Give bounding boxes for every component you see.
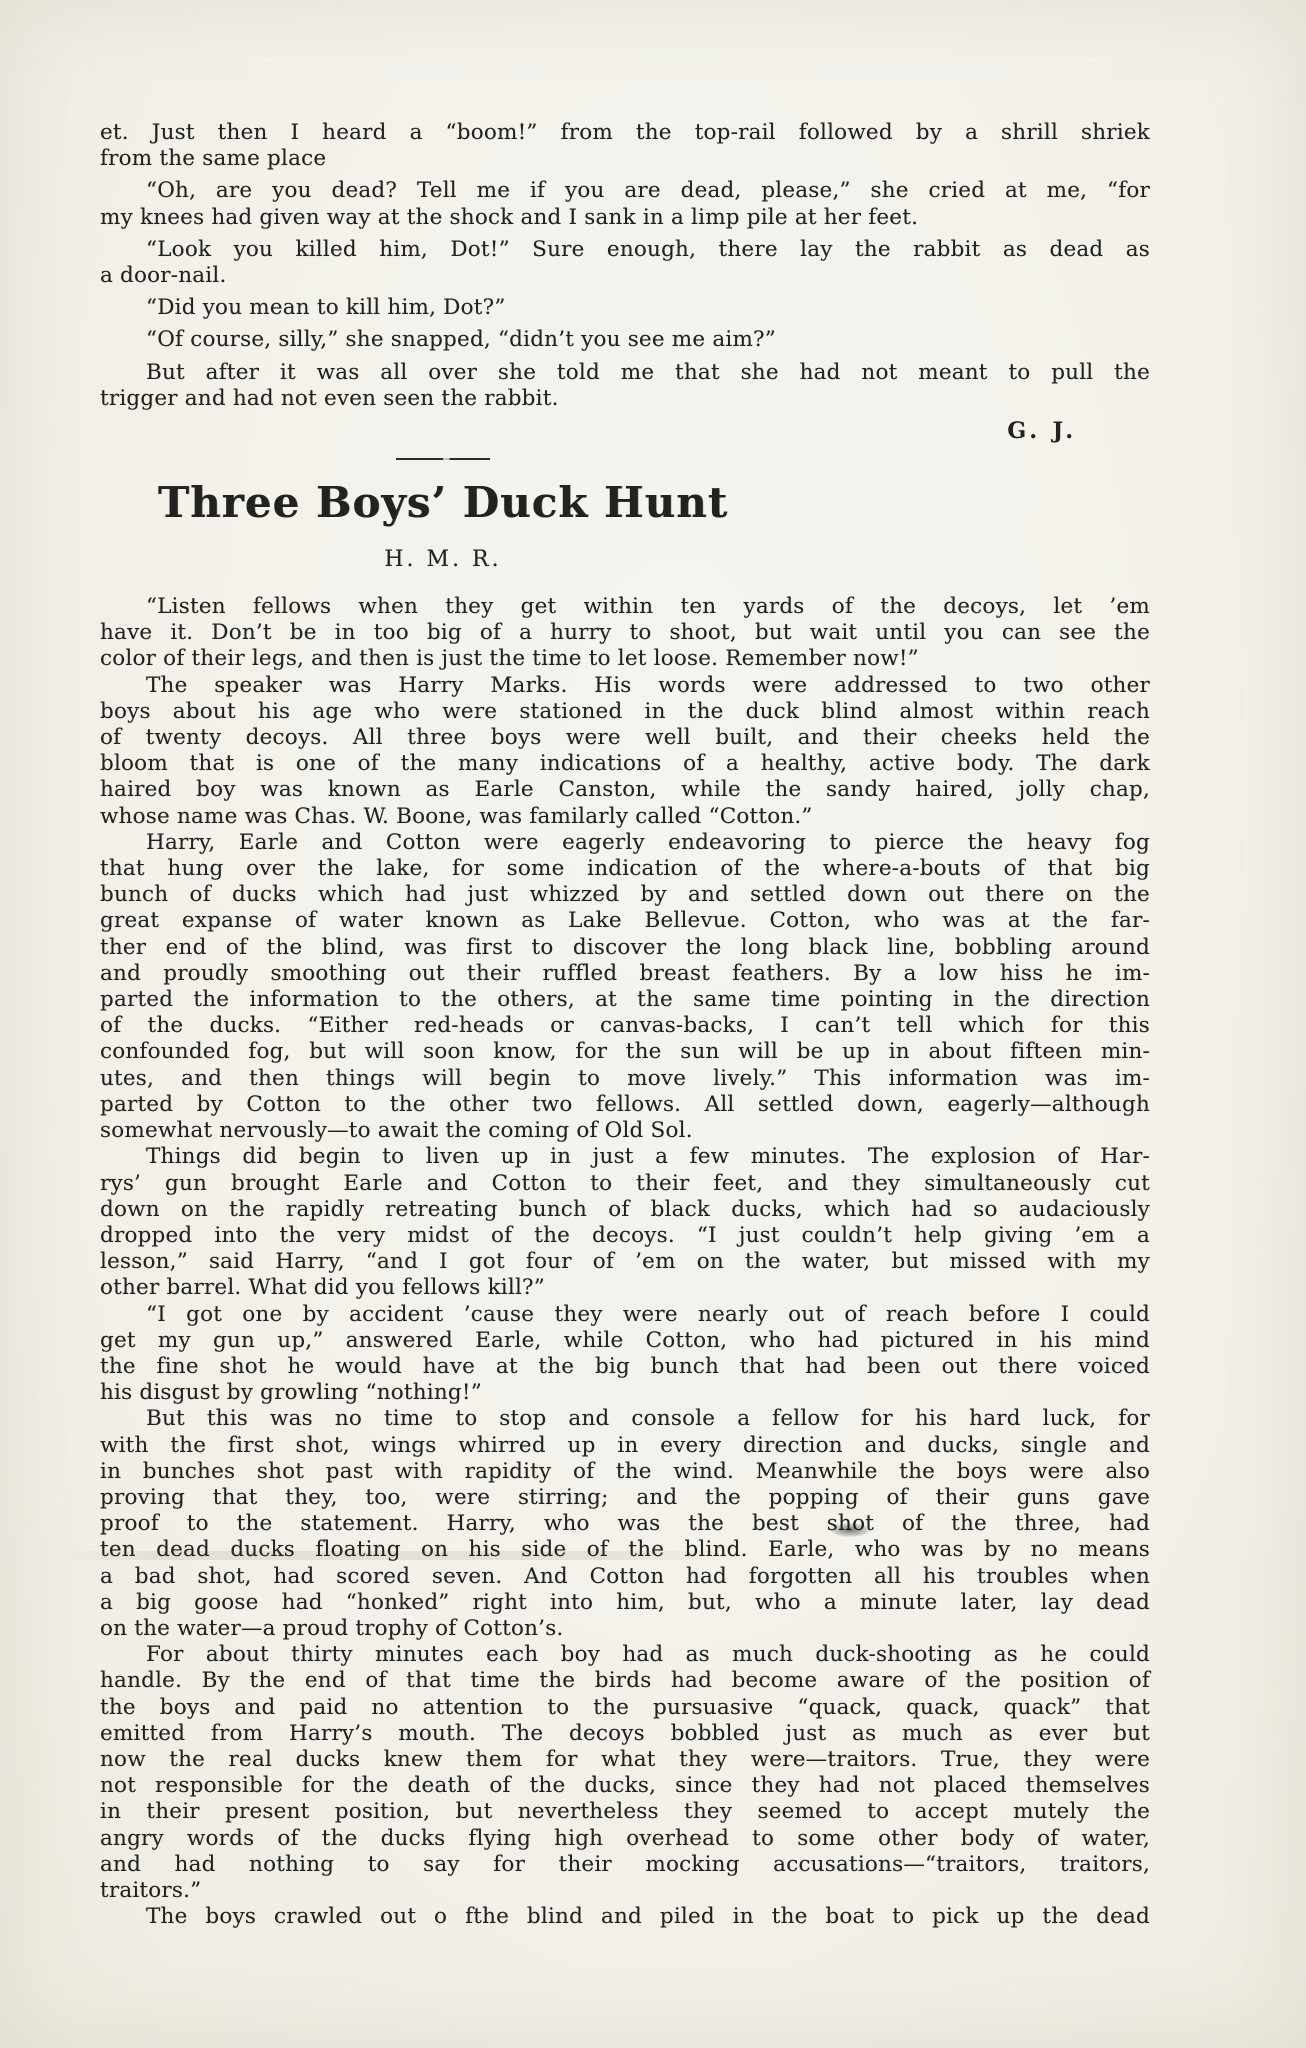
scanned-page: et. Just then I heard a “boom!” from the… [0, 0, 1306, 2048]
paragraph: But this was no time to stop and console… [100, 1406, 1150, 1642]
paragraph: “Oh, are you dead? Tell me if you are de… [100, 178, 1150, 230]
text-line: ther end of the blind, was first to disc… [100, 935, 1150, 961]
text-line: handle. By the end of that time the bird… [100, 1668, 1150, 1694]
paragraph: The boys crawled out o fthe blind and pi… [100, 1904, 1150, 1930]
text-line: in bunches shot past with rapidity of th… [100, 1459, 1150, 1485]
author-initials: G. J. [100, 418, 1150, 444]
text-line: and had nothing to say for their mocking… [100, 1852, 1150, 1878]
story-title: Three Boys’ Duck Hunt [0, 478, 968, 527]
text-line: “Oh, are you dead? Tell me if you are de… [100, 178, 1150, 204]
text-line: other barrel. What did you fellows kill?… [100, 1275, 1150, 1301]
text-line: of the ducks. “Either red-heads or canva… [100, 1013, 1150, 1039]
text-line: “I got one by accident ’cause they were … [100, 1302, 1150, 1328]
text-line: For about thirty minutes each boy had as… [100, 1642, 1150, 1668]
story-body: “Listen fellows when they get within ten… [100, 594, 1150, 1930]
text-line: dropped into the very midst of the decoy… [100, 1223, 1150, 1249]
paragraph: “Of course, silly,” she snapped, “didn’t… [100, 327, 1150, 353]
text-line: lesson,” said Harry, “and I got four of … [100, 1249, 1150, 1275]
text-line: parted by Cotton to the other two fellow… [100, 1092, 1150, 1118]
paragraph: “Listen fellows when they get within ten… [100, 594, 1150, 673]
text-line: “Did you mean to kill him, Dot?” [100, 295, 1150, 321]
text-line: from the same place [100, 146, 1150, 172]
paragraph: Harry, Earle and Cotton were eagerly end… [100, 830, 1150, 1144]
text-line: great expanse of water known as Lake Bel… [100, 908, 1150, 934]
text-line: haired boy was known as Earle Canston, w… [100, 777, 1150, 803]
text-line: parted the information to the others, at… [100, 987, 1150, 1013]
text-line: trigger and had not even seen the rabbit… [100, 386, 1150, 412]
text-line: et. Just then I heard a “boom!” from the… [100, 120, 1150, 146]
text-line: now the real ducks knew them for what th… [100, 1747, 1150, 1773]
section-divider [0, 458, 968, 460]
text-line: whose name was Chas. W. Boone, was famil… [100, 804, 1150, 830]
story-header: Three Boys’ Duck Hunt H. M. R. [0, 458, 968, 572]
text-line: my knees had given way at the shock and … [100, 205, 1150, 231]
text-line: The boys crawled out o fthe blind and pi… [100, 1904, 1150, 1930]
paragraph: The speaker was Harry Marks. His words w… [100, 673, 1150, 830]
text-line: somewhat nervously—to await the coming o… [100, 1118, 1150, 1144]
text-line: a door-nail. [100, 263, 1150, 289]
text-line: utes, and then things will begin to move… [100, 1066, 1150, 1092]
text-line: the fine shot he would have at the big b… [100, 1354, 1150, 1380]
text-line: confounded fog, but will soon know, for … [100, 1039, 1150, 1065]
text-line: a big goose had “honked” right into him,… [100, 1590, 1150, 1616]
story-byline: H. M. R. [0, 547, 968, 572]
paragraph: Things did begin to liven up in just a f… [100, 1144, 1150, 1301]
text-line: in their present position, but neverthel… [100, 1799, 1150, 1825]
text-line: The speaker was Harry Marks. His words w… [100, 673, 1150, 699]
text-line: bunch of ducks which had just whizzed by… [100, 882, 1150, 908]
text-line: a bad shot, had scored seven. And Cotton… [100, 1564, 1150, 1590]
text-line: with the first shot, wings whirred up in… [100, 1433, 1150, 1459]
text-line: bloom that is one of the many indication… [100, 751, 1150, 777]
paragraph: But after it was all over she told me th… [100, 360, 1150, 412]
text-line: boys about his age who were stationed in… [100, 699, 1150, 725]
paragraph: et. Just then I heard a “boom!” from the… [100, 120, 1150, 172]
text-line: “Listen fellows when they get within ten… [100, 594, 1150, 620]
ink-smudge-artifact [830, 1523, 870, 1537]
text-line: rys’ gun brought Earle and Cotton to the… [100, 1171, 1150, 1197]
text-line: traitors.” [100, 1878, 1150, 1904]
text-line: proving that they, too, were stirring; a… [100, 1485, 1150, 1511]
text-line: “Of course, silly,” she snapped, “didn’t… [100, 327, 1150, 353]
text-line: Things did begin to liven up in just a f… [100, 1144, 1150, 1170]
text-line: emitted from Harry’s mouth. The decoys b… [100, 1721, 1150, 1747]
text-line: not responsible for the death of the duc… [100, 1773, 1150, 1799]
text-line: the boys and paid no attention to the pu… [100, 1695, 1150, 1721]
text-line: and proudly smoothing out their ruffled … [100, 961, 1150, 987]
text-line: angry words of the ducks flying high ove… [100, 1826, 1150, 1852]
text-line: color of their legs, and then is just th… [100, 646, 1150, 672]
divider-rule [396, 458, 490, 460]
text-line: get my gun up,” answered Earle, while Co… [100, 1328, 1150, 1354]
text-line: But this was no time to stop and console… [100, 1406, 1150, 1432]
paragraph: “Did you mean to kill him, Dot?” [100, 295, 1150, 321]
paragraph: “Look you killed him, Dot!” Sure enough,… [100, 237, 1150, 289]
text-line: have it. Don’t be in too big of a hurry … [100, 620, 1150, 646]
text-line: proof to the statement. Harry, who was t… [100, 1511, 1150, 1537]
text-line: that hung over the lake, for some indica… [100, 856, 1150, 882]
previous-story-ending: et. Just then I heard a “boom!” from the… [100, 120, 1150, 412]
text-line: down on the rapidly retreating bunch of … [100, 1197, 1150, 1223]
pencil-smear-artifact [55, 1551, 745, 1560]
text-line: his disgust by growling “nothing!” [100, 1380, 1150, 1406]
paragraph: For about thirty minutes each boy had as… [100, 1642, 1150, 1904]
paragraph: “I got one by accident ’cause they were … [100, 1302, 1150, 1407]
text-line: of twenty decoys. All three boys were we… [100, 725, 1150, 751]
text-line: But after it was all over she told me th… [100, 360, 1150, 386]
page-text-column: et. Just then I heard a “boom!” from the… [100, 120, 1150, 1930]
text-line: on the water—a proud trophy of Cotton’s. [100, 1616, 1150, 1642]
text-line: “Look you killed him, Dot!” Sure enough,… [100, 237, 1150, 263]
text-line: Harry, Earle and Cotton were eagerly end… [100, 830, 1150, 856]
